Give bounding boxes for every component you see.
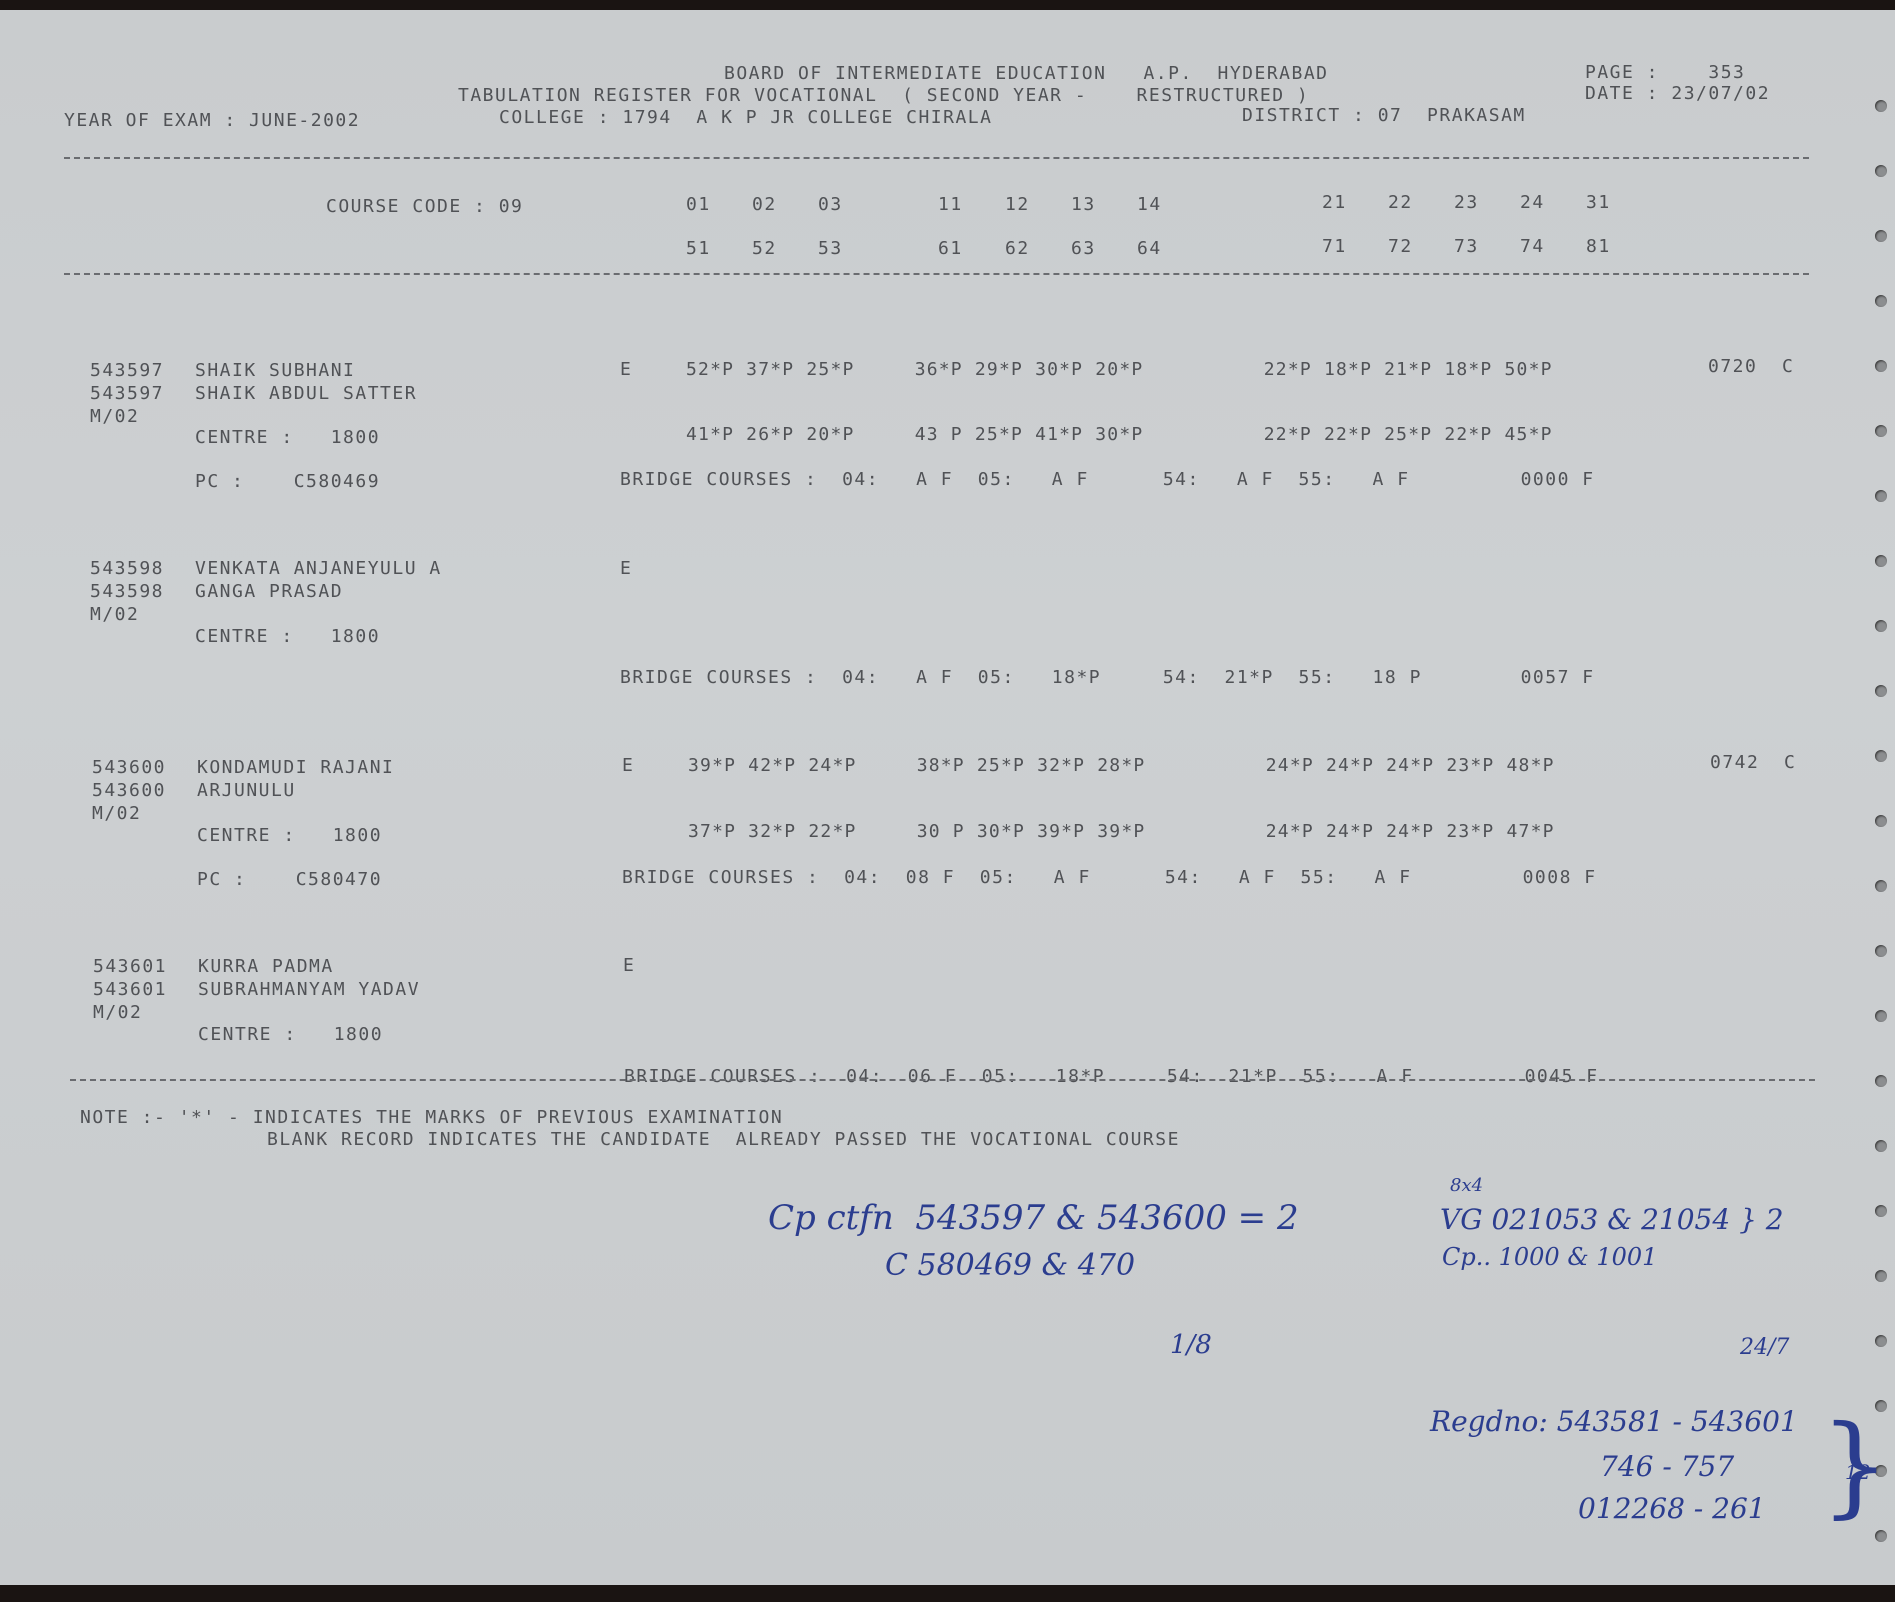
handwritten-note: Cp.. 1000 & 1001 [1442, 1243, 1657, 1271]
col-code: 01 [686, 194, 711, 215]
pc-number: PC : C580470 [197, 869, 382, 890]
handwritten-note: 012268 - 261 [1578, 1492, 1766, 1525]
board-title: BOARD OF INTERMEDIATE EDUCATION A.P. HYD… [724, 63, 1329, 84]
college: COLLEGE : 1794 A K P JR COLLEGE CHIRALA [499, 107, 992, 128]
record-flag: E [623, 955, 635, 976]
col-code: 11 [938, 194, 963, 215]
marks-row-1: 39*P 42*P 24*P 38*P 25*P 32*P 28*P 24*P … [688, 755, 1555, 776]
total-result: 0720 C [1708, 356, 1794, 377]
handwritten-note: 746 - 757 [1600, 1450, 1734, 1483]
hall-ticket-number: 543601 [93, 979, 167, 1000]
col-code: 12 [1005, 194, 1030, 215]
col-code: 52 [752, 238, 777, 259]
col-code: 73 [1454, 236, 1479, 257]
bridge-courses: BRIDGE COURSES : 04: 08 F 05: A F 54: A … [622, 867, 1597, 888]
note-line: NOTE :- '*' - INDICATES THE MARKS OF PRE… [80, 1107, 783, 1128]
bridge-courses: BRIDGE COURSES : 04: A F 05: 18*P 54: 21… [620, 667, 1595, 688]
bridge-courses: BRIDGE COURSES : 04: 06 F 05: 18*P 54: 2… [624, 1066, 1599, 1087]
centre: CENTRE : 1800 [198, 1024, 383, 1045]
divider [64, 273, 1809, 275]
bracket-mark: } [1820, 1410, 1890, 1520]
col-code: 61 [938, 238, 963, 259]
hall-ticket-number: 543597 [90, 360, 164, 381]
col-code: 14 [1137, 194, 1162, 215]
handwritten-note: VG 021053 & 21054 } 2 [1440, 1203, 1784, 1236]
marks-row-2: 37*P 32*P 22*P 30 P 30*P 39*P 39*P 24*P … [688, 821, 1555, 842]
medium-code: M/02 [93, 1002, 142, 1023]
col-code: 71 [1322, 236, 1347, 257]
handwritten-note: 8x4 [1450, 1175, 1483, 1196]
tabulation-register-page: BOARD OF INTERMEDIATE EDUCATION A.P. HYD… [0, 10, 1895, 1585]
handwritten-initial: 24/7 [1740, 1335, 1789, 1360]
col-code: 81 [1586, 236, 1611, 257]
marks-row-2: 41*P 26*P 20*P 43 P 25*P 41*P 30*P 22*P … [686, 424, 1553, 445]
centre: CENTRE : 1800 [197, 825, 382, 846]
hall-ticket-number: 543597 [90, 383, 164, 404]
father-name: SHAIK ABDUL SATTER [195, 383, 417, 404]
col-code: 02 [752, 194, 777, 215]
col-code: 13 [1071, 194, 1096, 215]
father-name: SUBRAHMANYAM YADAV [198, 979, 420, 1000]
col-code: 63 [1071, 238, 1096, 259]
candidate-name: KURRA PADMA [198, 956, 334, 977]
medium-code: M/02 [90, 604, 139, 625]
col-code: 31 [1586, 192, 1611, 213]
register-title: TABULATION REGISTER FOR VOCATIONAL ( SEC… [458, 85, 1309, 106]
col-code: 64 [1137, 238, 1162, 259]
centre: CENTRE : 1800 [195, 626, 380, 647]
record-flag: E [620, 558, 632, 579]
handwritten-note: Regdno: 543581 - 543601 [1430, 1405, 1798, 1438]
print-date: DATE : 23/07/02 [1585, 83, 1770, 104]
marks-row-1: 52*P 37*P 25*P 36*P 29*P 30*P 20*P 22*P … [686, 359, 1553, 380]
note-line: BLANK RECORD INDICATES THE CANDIDATE ALR… [267, 1129, 1180, 1150]
father-name: GANGA PRASAD [195, 581, 343, 602]
medium-code: M/02 [92, 803, 141, 824]
candidate-name: VENKATA ANJANEYULU A [195, 558, 442, 579]
hall-ticket-number: 543601 [93, 956, 167, 977]
col-code: 22 [1388, 192, 1413, 213]
handwritten-note: C 580469 & 470 [885, 1248, 1135, 1283]
record-flag: E [622, 755, 634, 776]
col-code: 24 [1520, 192, 1545, 213]
hall-ticket-number: 543600 [92, 780, 166, 801]
hall-ticket-number: 543600 [92, 757, 166, 778]
handwritten-initial: 1/8 [1170, 1330, 1212, 1360]
candidate-name: KONDAMUDI RAJANI [197, 757, 394, 778]
candidate-name: SHAIK SUBHANI [195, 360, 355, 381]
year-of-exam: YEAR OF EXAM : JUNE-2002 [64, 110, 360, 131]
total-result: 0742 C [1710, 752, 1796, 773]
bridge-courses: BRIDGE COURSES : 04: A F 05: A F 54: A F… [620, 469, 1595, 490]
col-code: 74 [1520, 236, 1545, 257]
col-code: 53 [818, 238, 843, 259]
record-flag: E [620, 359, 632, 380]
col-code: 03 [818, 194, 843, 215]
col-code: 23 [1454, 192, 1479, 213]
hall-ticket-number: 543598 [90, 581, 164, 602]
district: DISTRICT : 07 PRAKASAM [1242, 105, 1526, 126]
centre: CENTRE : 1800 [195, 427, 380, 448]
col-code: 51 [686, 238, 711, 259]
divider [70, 1079, 1815, 1081]
divider [64, 157, 1809, 159]
medium-code: M/02 [90, 406, 139, 427]
col-code: 21 [1322, 192, 1347, 213]
col-code: 72 [1388, 236, 1413, 257]
father-name: ARJUNULU [197, 780, 296, 801]
col-code: 62 [1005, 238, 1030, 259]
page-number: PAGE : 353 [1585, 62, 1745, 83]
hall-ticket-number: 543598 [90, 558, 164, 579]
handwritten-note: Cp ctfn 543597 & 543600 = 2 [768, 1198, 1299, 1238]
course-code: COURSE CODE : 09 [326, 196, 523, 217]
pc-number: PC : C580469 [195, 471, 380, 492]
